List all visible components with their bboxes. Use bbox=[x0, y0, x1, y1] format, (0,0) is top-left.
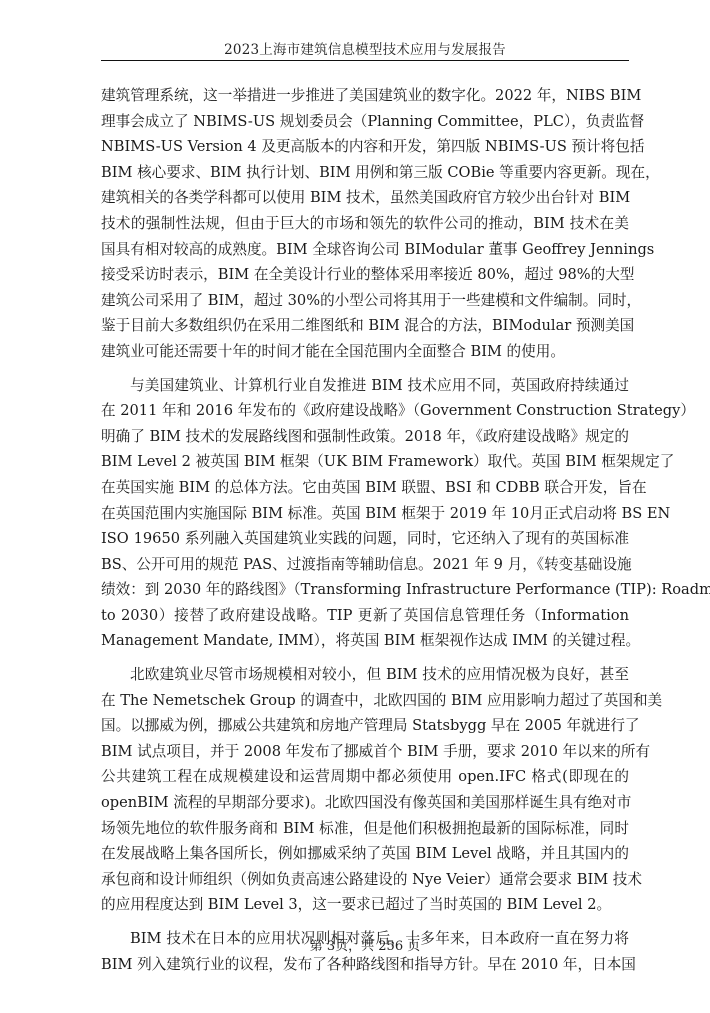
text-line: BIM 试点项目，并于 2008 年发布了挪威首个 BIM 手册，要求 2010… bbox=[101, 739, 629, 765]
paragraph-uk-bim: 与美国建筑业、计算机行业自发推进 BIM 技术应用不同，英国政府持续通过 在 2… bbox=[101, 373, 629, 655]
text-line: 在英国实施 BIM 的总体方法。它由英国 BIM 联盟、BSI 和 CDBB 联… bbox=[101, 475, 629, 501]
text-line: 绩效：到 2030 年的路线图》（Transforming Infrastruc… bbox=[101, 577, 629, 603]
paragraph-nordic-bim: 北欧建筑业尽管市场规模相对较小，但 BIM 技术的应用情况极为良好，甚至 在 T… bbox=[101, 662, 629, 918]
text-line: ISO 19650 系列融入英国建筑业实践的问题，同时，它还纳入了现有的英国标准 bbox=[101, 526, 629, 552]
text-line: 技术的强制性法规，但由于巨大的市场和领先的软件公司的推动，BIM 技术在美 bbox=[101, 211, 629, 237]
text-line: 接受采访时表示，BIM 在全美设计行业的整体采用率接近 80%，超过 98%的大… bbox=[101, 262, 629, 288]
text-line: 建筑相关的各类学科都可以使用 BIM 技术，虽然美国政府官方较少出台针对 BIM bbox=[101, 185, 629, 211]
text-line: to 2030）接替了政府建设战略。TIP 更新了英国信息管理任务（Inform… bbox=[101, 603, 629, 629]
text-line: 在 The Nemetschek Group 的调查中，北欧四国的 BIM 应用… bbox=[101, 688, 629, 714]
text-line: BIM 核心要求、BIM 执行计划、BIM 用例和第三版 COBie 等重要内容… bbox=[101, 160, 629, 186]
text-line: 建筑业可能还需要十年的时间才能在全国范围内全面整合 BIM 的使用。 bbox=[101, 339, 629, 365]
text-line: 的应用程度达到 BIM Level 3，这一要求已超过了当时英国的 BIM Le… bbox=[101, 892, 629, 918]
text-line: NBIMS-US Version 4 及更高版本的内容和开发，第四版 NBIMS… bbox=[101, 134, 629, 160]
text-line: 鉴于目前大多数组织仍在采用二维图纸和 BIM 混合的方法，BIModular 预… bbox=[101, 313, 629, 339]
text-line: BIM Level 2 被英国 BIM 框架（UK BIM Framework）… bbox=[101, 449, 629, 475]
text-line: 国具有相对较高的成熟度。BIM 全球咨询公司 BIModular 董事 Geof… bbox=[101, 237, 629, 263]
text-line: 在英国范围内实施国际 BIM 标准。英国 BIM 框架于 2019 年 10月正… bbox=[101, 501, 629, 527]
document-body: 建筑管理系统，这一举措进一步推进了美国建筑业的数字化。2022 年，NIBS B… bbox=[101, 83, 629, 985]
text-line: 国。以挪威为例，挪威公共建筑和房地产管理局 Statsbygg 早在 2005 … bbox=[101, 713, 629, 739]
text-line: 北欧建筑业尽管市场规模相对较小，但 BIM 技术的应用情况极为良好，甚至 bbox=[101, 662, 629, 688]
header-divider bbox=[101, 60, 629, 61]
text-line: 建筑管理系统，这一举措进一步推进了美国建筑业的数字化。2022 年，NIBS B… bbox=[101, 83, 629, 109]
text-line: 理事会成立了 NBIMS-US 规划委员会（Planning Committee… bbox=[101, 109, 629, 135]
text-line: BS、公开可用的规范 PAS、过渡指南等辅助信息。2021 年 9 月，《转变基… bbox=[101, 552, 629, 578]
text-line: 与美国建筑业、计算机行业自发推进 BIM 技术应用不同，英国政府持续通过 bbox=[101, 373, 629, 399]
paragraph-us-bim: 建筑管理系统，这一举措进一步推进了美国建筑业的数字化。2022 年，NIBS B… bbox=[101, 83, 629, 365]
text-line: BIM 列入建筑行业的议程，发布了各种路线图和指导方针。早在 2010 年，日本… bbox=[101, 952, 629, 978]
text-line: 在 2011 年和 2016 年发布的《政府建设战略》（Government C… bbox=[101, 398, 629, 424]
text-line: 场领先地位的软件服务商和 BIM 标准，但是他们积极拥抱最新的国际标准，同时 bbox=[101, 816, 629, 842]
text-line: 承包商和设计师组织（例如负责高速公路建设的 Nye Veier）通常会要求 BI… bbox=[101, 867, 629, 893]
text-line: 在发展战略上集各国所长，例如挪威采纳了英国 BIM Level 战略，并且其国内… bbox=[101, 841, 629, 867]
text-line: Management Mandate, IMM），将英国 BIM 框架视作达成 … bbox=[101, 628, 629, 654]
text-line: openBIM 流程的早期部分要求)。北欧四国没有像英国和美国那样诞生具有绝对市 bbox=[101, 790, 629, 816]
text-line: 公共建筑工程在成规模建设和运营周期中都必须使用 open.IFC 格式(即现在的 bbox=[101, 764, 629, 790]
text-line: 建筑公司采用了 BIM，超过 30%的小型公司将其用于一些建模和文件编制。同时， bbox=[101, 288, 629, 314]
page-header-title: 2023上海市建筑信息模型技术应用与发展报告 bbox=[101, 38, 629, 58]
text-line: 明确了 BIM 技术的发展路线图和强制性政策。2018 年，《政府建设战略》规定… bbox=[101, 424, 629, 450]
page-number: 第 3页，共 256 页 bbox=[101, 935, 629, 954]
